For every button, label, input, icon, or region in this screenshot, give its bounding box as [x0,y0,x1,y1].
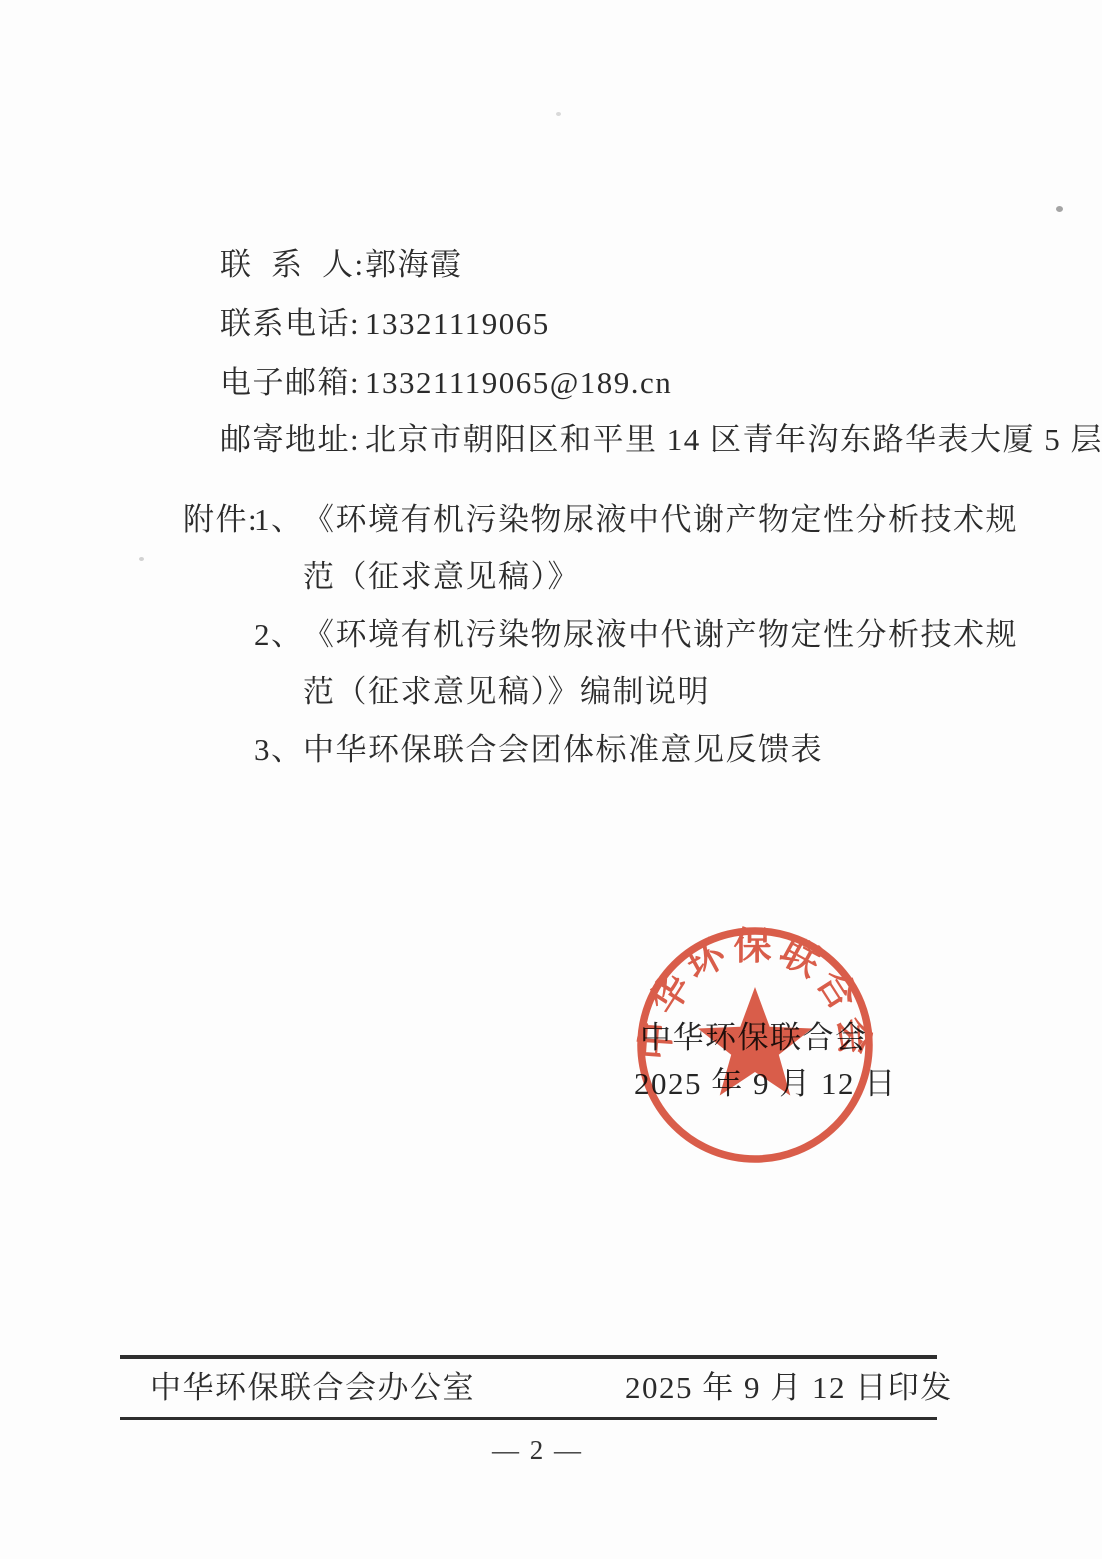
attachment-item-number: 3、 [254,730,304,770]
contact-value: 北京市朝阳区和平里 14 区青年沟东路华表大厦 5 层 [365,422,1102,457]
footer-divider-top [120,1355,937,1359]
footer-print-date: 2025 年 9 月 12 日印发 [625,1368,953,1408]
contact-row-address: 邮寄地址:北京市朝阳区和平里 14 区青年沟东路华表大厦 5 层 [183,380,1102,500]
seal-star-icon [698,987,812,1096]
attachments-label: 附件: [183,500,258,540]
footer-office: 中华环保联合会办公室 [150,1368,475,1408]
official-seal: 中华环保联合会 [625,915,885,1175]
scan-speck [139,557,144,561]
attachment-item-line: 范（征求意见稿）》 [303,557,580,597]
attachment-item-line: 《环境有机污染物尿液中代谢产物定性分析技术规 [303,500,1018,540]
scan-speck [1056,206,1063,212]
scan-speck [556,112,561,116]
footer-divider-bottom [120,1417,937,1420]
attachment-item-line: 《环境有机污染物尿液中代谢产物定性分析技术规 [303,615,1018,655]
contact-label: 邮寄地址: [220,420,365,460]
attachment-item-line: 中华环保联合会团体标准意见反馈表 [303,730,823,770]
page-number: — 2 — [492,1430,583,1470]
attachment-item-number: 1、 [254,500,304,540]
attachment-item-number: 2、 [254,615,304,655]
attachment-item-line: 范（征求意见稿）》编制说明 [303,672,710,712]
document-page: 联 系 人:郭海霞 联系电话:13321119065 电子邮箱:13321119… [0,0,1102,1559]
